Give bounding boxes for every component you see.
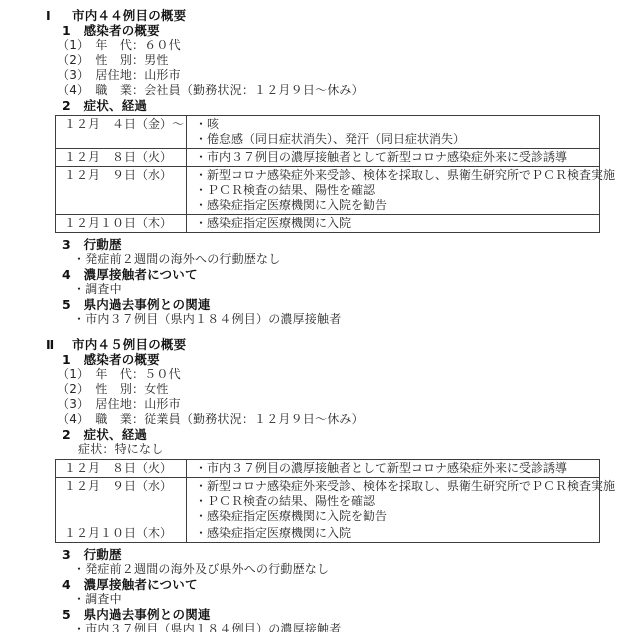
timeline-date: １２月 ４日（金）～	[56, 116, 187, 148]
case-44-occupation-line: （4） 職 業：会社員（勤務状況：１２月９日～休み）	[0, 83, 640, 98]
timeline-event: ・感染症指定医療機関に入院	[195, 526, 597, 541]
timeline-event: ・ＰＣＲ検査の結果、陽性を確認	[195, 183, 615, 198]
timeline-date: １２月 ８日（火）	[56, 149, 187, 166]
timeline-event: ・ＰＣＲ検査の結果、陽性を確認	[195, 494, 615, 509]
case-44-numeral: Ⅰ	[46, 8, 72, 23]
case-45-contact-note: ・調査中	[0, 592, 640, 607]
case-44-contact-note: ・調査中	[0, 282, 640, 297]
case-45-heading-close-contacts: 4 濃厚接触者について	[0, 577, 640, 592]
case-44-timeline-table: １２月 ４日（金）～ ・咳 ・倦怠感（同日症状消失）、発汗（同日症状消失） １２…	[55, 115, 600, 233]
timeline-events: ・新型コロナ感染症外来受診、検体を採取し、県衛生研究所でＰＣＲ検査実施 ・ＰＣＲ…	[187, 167, 617, 214]
timeline-event: ・新型コロナ感染症外来受診、検体を採取し、県衛生研究所でＰＣＲ検査実施	[195, 479, 615, 494]
timeline-events: ・新型コロナ感染症外来受診、検体を採取し、県衛生研究所でＰＣＲ検査実施 ・ＰＣＲ…	[187, 478, 617, 525]
timeline-date: １２月 ９日（水）	[56, 167, 187, 214]
case-44-behavior-note: ・発症前２週間の海外への行動歴なし	[0, 252, 640, 267]
timeline-event: ・市内３７例目の濃厚接触者として新型コロナ感染症外来に受診誘導	[195, 461, 597, 476]
case-44-sex-line: （2） 性 別：男性	[0, 53, 640, 68]
case-45-residence-line: （3） 居住地：山形市	[0, 397, 640, 412]
timeline-row: １２月１０日（木） ・感染症指定医療機関に入院	[56, 214, 599, 232]
timeline-event: ・倦怠感（同日症状消失）、発汗（同日症状消失）	[195, 132, 597, 147]
case-45-heading-symptoms: 2 症状、経過	[0, 427, 640, 442]
case-44-section: Ⅰ市内４４例目の概要 1 感染者の概要 （1） 年 代：６０代 （2） 性 別：…	[0, 8, 640, 327]
timeline-event: ・咳	[195, 117, 597, 132]
timeline-events: ・市内３７例目の濃厚接触者として新型コロナ感染症外来に受診誘導	[187, 460, 599, 477]
timeline-row: １２月 ８日（火） ・市内３７例目の濃厚接触者として新型コロナ感染症外来に受診誘…	[56, 148, 599, 166]
case-44-heading-relation-past-cases: 5 県内過去事例との関連	[0, 297, 640, 312]
case-report-document: Ⅰ市内４４例目の概要 1 感染者の概要 （1） 年 代：６０代 （2） 性 別：…	[0, 0, 640, 632]
case-44-age-line: （1） 年 代：６０代	[0, 38, 640, 53]
case-45-numeral: Ⅱ	[46, 337, 72, 352]
case-44-heading-behavior-history: 3 行動歴	[0, 237, 640, 252]
timeline-event: ・市内３７例目の濃厚接触者として新型コロナ感染症外来に受診誘導	[195, 150, 597, 165]
case-45-section: Ⅱ市内４５例目の概要 1 感染者の概要 （1） 年 代：５０代 （2） 性 別：…	[0, 337, 640, 632]
timeline-events: ・感染症指定医療機関に入院	[187, 525, 599, 542]
timeline-event: ・新型コロナ感染症外来受診、検体を採取し、県衛生研究所でＰＣＲ検査実施	[195, 168, 615, 183]
timeline-date: １２月１０日（木）	[56, 215, 187, 232]
timeline-events: ・咳 ・倦怠感（同日症状消失）、発汗（同日症状消失）	[187, 116, 599, 148]
section-divider-gap	[0, 327, 640, 337]
timeline-row: １２月 ４日（金）～ ・咳 ・倦怠感（同日症状消失）、発汗（同日症状消失）	[56, 116, 599, 148]
timeline-date: １２月 ８日（火）	[56, 460, 187, 477]
timeline-row: １２月 ９日（水） ・新型コロナ感染症外来受診、検体を採取し、県衛生研究所でＰＣ…	[56, 477, 599, 525]
case-45-title: Ⅱ市内４５例目の概要	[0, 337, 640, 352]
case-45-relation-note: ・市内３７例目（県内１８４例目）の濃厚接触者	[0, 622, 640, 632]
case-44-heading-symptoms: 2 症状、経過	[0, 98, 640, 113]
case-44-heading-close-contacts: 4 濃厚接触者について	[0, 267, 640, 282]
timeline-date: １２月１０日（木）	[56, 525, 187, 542]
case-45-sex-line: （2） 性 別：女性	[0, 382, 640, 397]
timeline-events: ・感染症指定医療機関に入院	[187, 215, 599, 232]
case-45-timeline-table: １２月 ８日（火） ・市内３７例目の濃厚接触者として新型コロナ感染症外来に受診誘…	[55, 459, 600, 543]
case-44-title-text: 市内４４例目の概要	[72, 8, 186, 23]
timeline-events: ・市内３７例目の濃厚接触者として新型コロナ感染症外来に受診誘導	[187, 149, 599, 166]
case-45-occupation-line: （4） 職 業：従業員（勤務状況：１２月９日～休み）	[0, 412, 640, 427]
timeline-row: １２月 ８日（火） ・市内３７例目の濃厚接触者として新型コロナ感染症外来に受診誘…	[56, 460, 599, 477]
case-45-age-line: （1） 年 代：５０代	[0, 367, 640, 382]
timeline-date: １２月 ９日（水）	[56, 478, 187, 525]
timeline-event: ・感染症指定医療機関に入院を勧告	[195, 198, 615, 213]
case-45-heading-behavior-history: 3 行動歴	[0, 547, 640, 562]
case-44-relation-note: ・市内３７例目（県内１８４例目）の濃厚接触者	[0, 312, 640, 327]
case-45-symptom-note: 症状：特になし	[0, 442, 640, 457]
case-45-behavior-note: ・発症前２週間の海外及び県外への行動歴なし	[0, 562, 640, 577]
case-44-residence-line: （3） 居住地：山形市	[0, 68, 640, 83]
timeline-row: １２月１０日（木） ・感染症指定医療機関に入院	[56, 525, 599, 542]
case-44-heading-infected-overview: 1 感染者の概要	[0, 23, 640, 38]
case-44-title: Ⅰ市内４４例目の概要	[0, 8, 640, 23]
timeline-event: ・感染症指定医療機関に入院	[195, 216, 597, 231]
timeline-event: ・感染症指定医療機関に入院を勧告	[195, 509, 615, 524]
case-45-title-text: 市内４５例目の概要	[72, 337, 186, 352]
case-45-heading-infected-overview: 1 感染者の概要	[0, 352, 640, 367]
timeline-row: １２月 ９日（水） ・新型コロナ感染症外来受診、検体を採取し、県衛生研究所でＰＣ…	[56, 166, 599, 214]
case-45-heading-relation-past-cases: 5 県内過去事例との関連	[0, 607, 640, 622]
